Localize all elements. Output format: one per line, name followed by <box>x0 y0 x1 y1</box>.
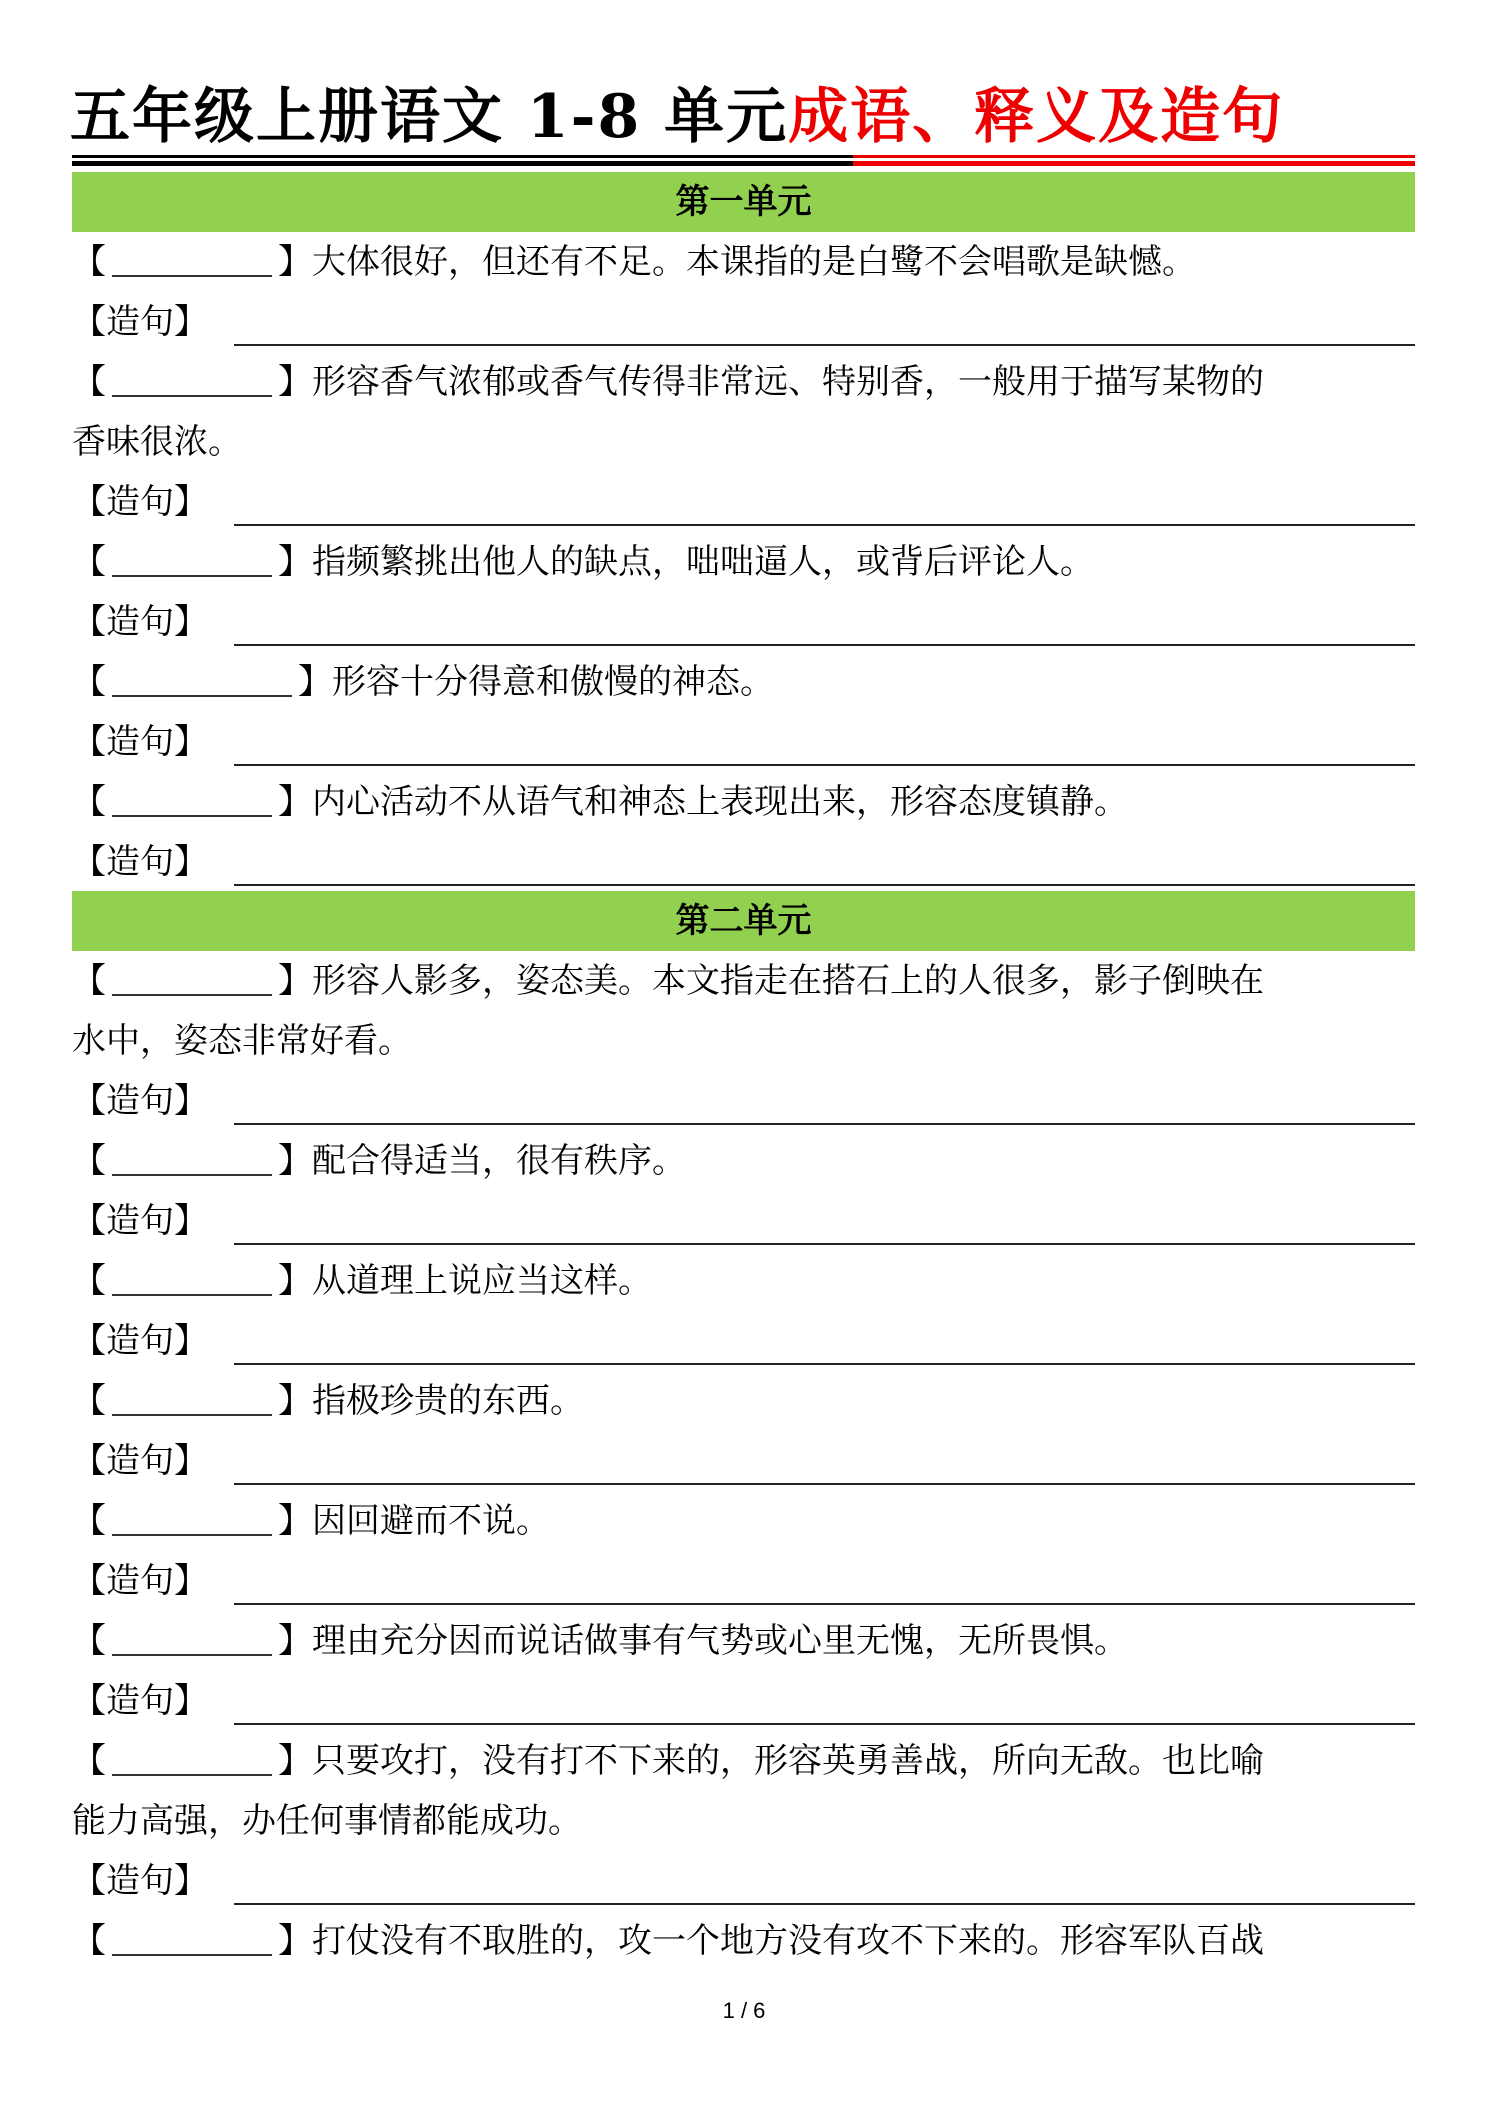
sentence-answer-line[interactable] <box>234 1483 1415 1485</box>
bracket-open: 【 <box>72 662 106 702</box>
bracket-open: 【 <box>72 542 106 582</box>
idiom-blank[interactable] <box>112 1374 272 1416</box>
bracket-close: 】 <box>298 662 332 702</box>
sentence-row: 【造句】 <box>72 292 1415 352</box>
idiom-entry: 【】指频繁挑出他人的缺点，咄咄逼人，或背后评论人。 <box>72 532 1415 592</box>
sentence-answer-line[interactable] <box>234 1363 1415 1365</box>
idiom-blank[interactable] <box>112 235 272 277</box>
idiom-entry: 【】只要攻打，没有打不下来的，形容英勇善战，所向无敌。也比喻 <box>72 1731 1415 1791</box>
sentence-row: 【造句】 <box>72 1071 1415 1131</box>
idiom-definition: 理由充分因而说话做事有气势或心里无愧，无所畏惧。 <box>312 1621 1128 1661</box>
bracket-open: 【 <box>72 782 106 822</box>
sentence-answer-line[interactable] <box>234 644 1415 646</box>
idiom-definition: 形容十分得意和傲慢的神态。 <box>332 662 774 702</box>
sentence-answer-line[interactable] <box>234 884 1415 886</box>
page-number: 1 / 6 <box>0 1998 1488 2024</box>
idiom-entry: 【】指极珍贵的东西。 <box>72 1371 1415 1431</box>
sentence-row: 【造句】 <box>72 1551 1415 1611</box>
idiom-definition-continuation: 香味很浓。 <box>72 412 1415 472</box>
idiom-blank[interactable] <box>112 1614 272 1656</box>
bracket-close: 】 <box>278 1261 312 1301</box>
title-rule-top-red <box>853 155 1415 158</box>
sentence-label: 【造句】 <box>72 1551 208 1611</box>
idiom-entry: 【】形容人影多，姿态美。本文指走在搭石上的人很多，影子倒映在 <box>72 951 1415 1011</box>
idiom-entry: 【】从道理上说应当这样。 <box>72 1251 1415 1311</box>
sentence-label: 【造句】 <box>72 472 208 532</box>
idiom-definition: 内心活动不从语气和神态上表现出来，形容态度镇静。 <box>312 782 1128 822</box>
sentence-label: 【造句】 <box>72 292 208 352</box>
idiom-entry: 【】大体很好，但还有不足。本课指的是白鹭不会唱歌是缺憾。 <box>72 232 1415 292</box>
bracket-open: 【 <box>72 1741 106 1781</box>
bracket-open: 【 <box>72 1921 106 1961</box>
idiom-blank[interactable] <box>112 1134 272 1176</box>
idiom-blank[interactable] <box>112 1254 272 1296</box>
sentence-answer-line[interactable] <box>234 344 1415 346</box>
idiom-blank[interactable] <box>112 355 272 397</box>
idiom-definition: 形容人影多，姿态美。本文指走在搭石上的人很多，影子倒映在 <box>312 961 1264 1001</box>
sentence-answer-line[interactable] <box>234 764 1415 766</box>
sentence-label: 【造句】 <box>72 1851 208 1911</box>
bracket-close: 】 <box>278 782 312 822</box>
section-heading-unit-2: 第二单元 <box>72 891 1415 951</box>
idiom-definition: 只要攻打，没有打不下来的，形容英勇善战，所向无敌。也比喻 <box>312 1741 1264 1781</box>
sentence-answer-line[interactable] <box>234 1723 1415 1725</box>
idiom-definition: 因回避而不说。 <box>312 1501 550 1541</box>
sentence-row: 【造句】 <box>72 1431 1415 1491</box>
bracket-open: 【 <box>72 1141 106 1181</box>
sentence-label: 【造句】 <box>72 1311 208 1371</box>
sentence-row: 【造句】 <box>72 832 1415 892</box>
idiom-entry: 【】形容十分得意和傲慢的神态。 <box>72 652 1415 712</box>
worksheet-page: 五年级上册语文 1-8 单元成语、释义及造句 第一单元 【】大体很好，但还有不足… <box>0 0 1488 2105</box>
bracket-close: 】 <box>278 1741 312 1781</box>
idiom-definition-continuation: 能力高强，办任何事情都能成功。 <box>72 1791 1415 1851</box>
bracket-open: 【 <box>72 1621 106 1661</box>
sentence-answer-line[interactable] <box>234 1243 1415 1245</box>
sentence-label: 【造句】 <box>72 832 208 892</box>
idiom-definition: 大体很好，但还有不足。本课指的是白鹭不会唱歌是缺憾。 <box>312 242 1196 282</box>
idiom-definition: 从道理上说应当这样。 <box>312 1261 652 1301</box>
bracket-close: 】 <box>278 1501 312 1541</box>
title-red-part: 成语、释义及造句 <box>788 82 1284 152</box>
idiom-definition-continuation: 水中，姿态非常好看。 <box>72 1011 1415 1071</box>
idiom-blank[interactable] <box>112 655 292 697</box>
bracket-open: 【 <box>72 242 106 282</box>
bracket-open: 【 <box>72 362 106 402</box>
sentence-row: 【造句】 <box>72 592 1415 652</box>
sentence-label: 【造句】 <box>72 1671 208 1731</box>
bracket-open: 【 <box>72 1381 106 1421</box>
idiom-entry: 【】形容香气浓郁或香气传得非常远、特别香，一般用于描写某物的 <box>72 352 1415 412</box>
bracket-close: 】 <box>278 1921 312 1961</box>
sentence-answer-line[interactable] <box>234 1903 1415 1905</box>
sentence-row: 【造句】 <box>72 472 1415 532</box>
sentence-answer-line[interactable] <box>234 524 1415 526</box>
idiom-definition: 形容香气浓郁或香气传得非常远、特别香，一般用于描写某物的 <box>312 362 1264 402</box>
page-title: 五年级上册语文 1-8 单元成语、释义及造句 <box>70 78 1415 156</box>
bracket-close: 】 <box>278 961 312 1001</box>
bracket-close: 】 <box>278 362 312 402</box>
title-black-part: 五年级上册语文 1-8 单元 <box>70 82 788 152</box>
idiom-blank[interactable] <box>112 535 272 577</box>
sentence-row: 【造句】 <box>72 1311 1415 1371</box>
idiom-entry: 【】理由充分因而说话做事有气势或心里无愧，无所畏惧。 <box>72 1611 1415 1671</box>
sentence-row: 【造句】 <box>72 1851 1415 1911</box>
sentence-row: 【造句】 <box>72 1191 1415 1251</box>
sentence-row: 【造句】 <box>72 712 1415 772</box>
bracket-close: 】 <box>278 1621 312 1661</box>
sentence-label: 【造句】 <box>72 1071 208 1131</box>
bracket-open: 【 <box>72 1501 106 1541</box>
sentence-answer-line[interactable] <box>234 1603 1415 1605</box>
idiom-definition: 指极珍贵的东西。 <box>312 1381 584 1421</box>
section-heading-unit-1: 第一单元 <box>72 172 1415 232</box>
idiom-blank[interactable] <box>112 1914 272 1956</box>
idiom-entry: 【】因回避而不说。 <box>72 1491 1415 1551</box>
sentence-answer-line[interactable] <box>234 1123 1415 1125</box>
idiom-blank[interactable] <box>112 1734 272 1776</box>
sentence-label: 【造句】 <box>72 712 208 772</box>
idiom-entry: 【】打仗没有不取胜的，攻一个地方没有攻不下来的。形容军队百战 <box>72 1911 1415 1971</box>
idiom-blank[interactable] <box>112 954 272 996</box>
idiom-definition: 打仗没有不取胜的，攻一个地方没有攻不下来的。形容军队百战 <box>312 1921 1264 1961</box>
title-rule-bottom-red <box>853 161 1415 166</box>
bracket-open: 【 <box>72 961 106 1001</box>
idiom-entry: 【】内心活动不从语气和神态上表现出来，形容态度镇静。 <box>72 772 1415 832</box>
idiom-definition: 指频繁挑出他人的缺点，咄咄逼人，或背后评论人。 <box>312 542 1094 582</box>
sentence-label: 【造句】 <box>72 1191 208 1251</box>
bracket-close: 】 <box>278 1141 312 1181</box>
sentence-row: 【造句】 <box>72 1671 1415 1731</box>
bracket-open: 【 <box>72 1261 106 1301</box>
bracket-close: 】 <box>278 1381 312 1421</box>
bracket-close: 】 <box>278 242 312 282</box>
idiom-blank[interactable] <box>112 775 272 817</box>
title-rule-bottom-black <box>72 161 853 166</box>
idiom-entry: 【】配合得适当，很有秩序。 <box>72 1131 1415 1191</box>
title-rule-top-black <box>72 155 853 158</box>
sentence-label: 【造句】 <box>72 592 208 652</box>
bracket-close: 】 <box>278 542 312 582</box>
sentence-label: 【造句】 <box>72 1431 208 1491</box>
idiom-definition: 配合得适当，很有秩序。 <box>312 1141 686 1181</box>
idiom-blank[interactable] <box>112 1494 272 1536</box>
